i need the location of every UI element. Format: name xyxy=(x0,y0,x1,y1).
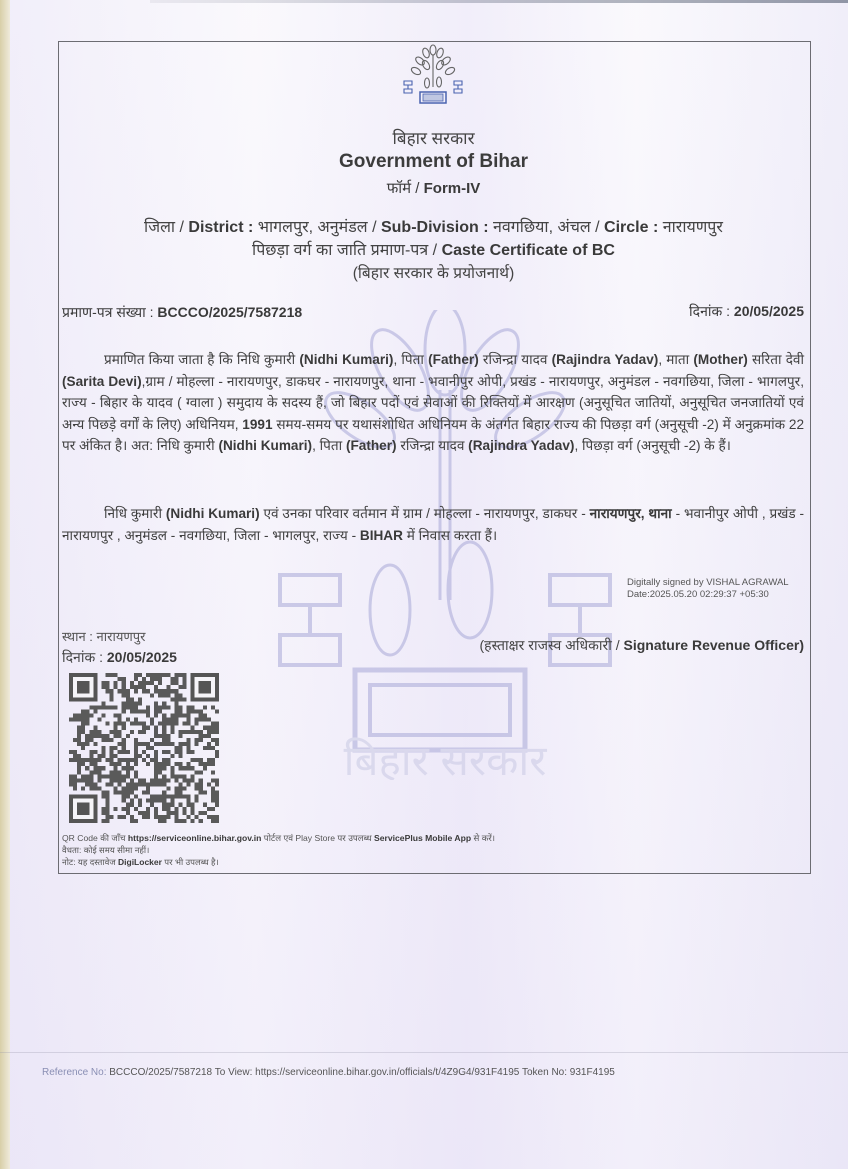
location-line: जिला / District : भागलपुर, अनुमंडल / Sub… xyxy=(58,215,809,237)
subdivision-label-hindi: अनुमंडल xyxy=(318,219,368,236)
digital-signature-date: Date:2025.05.20 02:29:37 +05:30 xyxy=(627,589,789,601)
paragraph-text-run: निधि कुमारी xyxy=(104,506,166,521)
certification-paragraph: प्रमाणित किया जाता है कि निधि कुमारी (Ni… xyxy=(62,349,804,457)
paragraph-text-run: रजिन्द्रा यादव xyxy=(397,438,469,453)
svg-text:बिहार सरकार: बिहार सरकार xyxy=(344,737,548,780)
signatory-english: Signature Revenue Officer) xyxy=(624,637,805,653)
validity-note: वैधता: कोई समय सीमा नहीं। xyxy=(62,844,495,856)
paragraph-text-run: सरिता देवी xyxy=(748,352,804,367)
certificate-number: प्रमाण-पत्र संख्या : BCCCO/2025/7587218 xyxy=(62,303,302,322)
paragraph-text-run: (Sarita Devi) xyxy=(62,374,142,389)
government-title-english: Government of Bihar xyxy=(58,151,809,173)
paragraph-text-run: (Nidhi Kumari) xyxy=(299,352,393,367)
place-of-issue: स्थान : नारायणपुर xyxy=(62,627,145,645)
paragraph-text-run: (Father) xyxy=(428,352,479,367)
digilocker-note-text: नोट: यह दस्तावेज xyxy=(62,857,118,867)
serviceplus-app-name: ServicePlus Mobile App xyxy=(374,833,471,843)
paragraph-text-run: , पिछड़ा वर्ग (अनुसूची -2) के हैं। xyxy=(574,438,730,453)
paragraph-text-run: एवं उनका परिवार वर्तमान में ग्राम / मोहल… xyxy=(260,506,590,521)
view-url-link[interactable]: https://serviceonline.bihar.gov.in/offic… xyxy=(255,1067,519,1078)
certificate-date: दिनांक : 20/05/2025 xyxy=(689,302,804,321)
paragraph-text-run: (Rajindra Yadav) xyxy=(552,352,659,367)
subdivision-value: नवगछिया xyxy=(493,219,549,236)
form-title-hindi: फॉर्म xyxy=(387,180,411,197)
qr-verification-note: QR Code की जाँच https://serviceonline.bi… xyxy=(62,832,495,844)
paragraph-text-run: BIHAR xyxy=(360,528,403,543)
form-title: फॉर्म / Form-IV xyxy=(58,178,809,198)
form-title-english: Form-IV xyxy=(424,180,481,197)
reference-footer: Reference No: BCCCO/2025/7587218 To View… xyxy=(42,1067,615,1078)
paragraph-text-run: (Rajindra Yadav) xyxy=(468,438,574,453)
view-label: To View: xyxy=(215,1067,253,1078)
district-label-hindi: जिला xyxy=(144,219,175,236)
bihar-state-emblem-icon xyxy=(398,43,468,105)
verification-portal-link[interactable]: https://serviceonline.bihar.gov.in xyxy=(128,833,262,843)
certificate-title-english: Caste Certificate of BC xyxy=(442,242,615,259)
digilocker-name: DigiLocker xyxy=(118,857,162,867)
paragraph-text-run: , पिता xyxy=(312,438,346,453)
paragraph-text-run: (Mother) xyxy=(693,352,747,367)
paragraph-text-run: (Nidhi Kumari) xyxy=(218,438,312,453)
qr-note-text: QR Code की जाँच xyxy=(62,833,128,843)
certificate-date-value: 20/05/2025 xyxy=(734,303,804,319)
qr-note-text: पोर्टल एवं Play Store पर उपलब्ध xyxy=(261,833,374,843)
paragraph-text-run: समय-समय पर यथासंशोधित अधिनियम के अंतर्गत… xyxy=(273,417,655,432)
digilocker-note: नोट: यह दस्तावेज DigiLocker पर भी उपलब्ध… xyxy=(62,856,495,868)
footer-divider xyxy=(0,1052,848,1053)
circle-value: नारायणपुर xyxy=(663,219,723,236)
digilocker-note-text: पर भी उपलब्ध है। xyxy=(162,857,219,867)
paragraph-text-run: (Father) xyxy=(346,438,397,453)
paragraph-text-run: , माता xyxy=(658,352,693,367)
paragraph-text-run: (अनुसूची -2) xyxy=(655,417,719,432)
paragraph-text-run: नारायणपुर, थाना xyxy=(590,506,672,521)
paragraph-text-run: (Nidhi Kumari) xyxy=(166,506,260,521)
qr-note-text: से करें। xyxy=(471,833,495,843)
certificate-number-value: BCCCO/2025/7587218 xyxy=(157,304,302,320)
certificate-number-label: प्रमाण-पत्र संख्या : xyxy=(62,304,154,320)
signatory-designation: (हस्ताक्षर राजस्व अधिकारी / Signature Re… xyxy=(480,636,805,655)
circle-label-hindi: अंचल xyxy=(557,219,590,236)
government-title-hindi: बिहार सरकार xyxy=(58,126,809,149)
reference-label: Reference No: xyxy=(42,1067,106,1078)
place-label: स्थान : xyxy=(62,629,93,644)
scan-artifact xyxy=(150,0,848,3)
digital-signature-stamp: Digitally signed by VISHAL AGRAWAL Date:… xyxy=(627,577,789,601)
place-value: नारायणपुर xyxy=(97,629,146,644)
certificate-title-hindi: पिछड़ा वर्ग का जाति प्रमाण-पत्र xyxy=(252,242,428,259)
scan-edge xyxy=(0,0,10,1169)
district-label: District xyxy=(188,219,243,236)
subdivision-label: Sub-Division xyxy=(381,219,479,236)
signatory-hindi: (हस्ताक्षर राजस्व अधिकारी / xyxy=(480,637,624,653)
certificate-purpose: (बिहार सरकार के प्रयोजनार्थ) xyxy=(58,261,809,283)
reference-number: BCCCO/2025/7587218 xyxy=(109,1067,212,1078)
issue-date-value: 20/05/2025 xyxy=(107,649,177,665)
issue-date: दिनांक : 20/05/2025 xyxy=(62,648,177,667)
paragraph-text-run: , पिता xyxy=(393,352,428,367)
district-value: भागलपुर xyxy=(258,219,309,236)
circle-label: Circle xyxy=(604,219,648,236)
token-number: 931F4195 xyxy=(570,1067,615,1078)
certificate-date-label: दिनांक : xyxy=(689,303,730,319)
paragraph-text-run: रजिन्द्रा यादव xyxy=(479,352,552,367)
certificate-title: पिछड़ा वर्ग का जाति प्रमाण-पत्र / Caste … xyxy=(58,238,809,260)
verification-notes: QR Code की जाँच https://serviceonline.bi… xyxy=(62,832,495,868)
qr-code[interactable] xyxy=(68,673,220,823)
issue-date-label: दिनांक : xyxy=(62,649,103,665)
digital-signature-signer: Digitally signed by VISHAL AGRAWAL xyxy=(627,577,789,589)
paragraph-text-run: 1991 xyxy=(242,417,272,432)
paragraph-text-run: प्रमाणित किया जाता है कि निधि कुमारी xyxy=(104,352,299,367)
paragraph-text-run: में निवास करता हैं। xyxy=(403,528,497,543)
token-label: Token No: xyxy=(522,1067,567,1078)
residence-paragraph: निधि कुमारी (Nidhi Kumari) एवं उनका परिव… xyxy=(62,503,804,546)
